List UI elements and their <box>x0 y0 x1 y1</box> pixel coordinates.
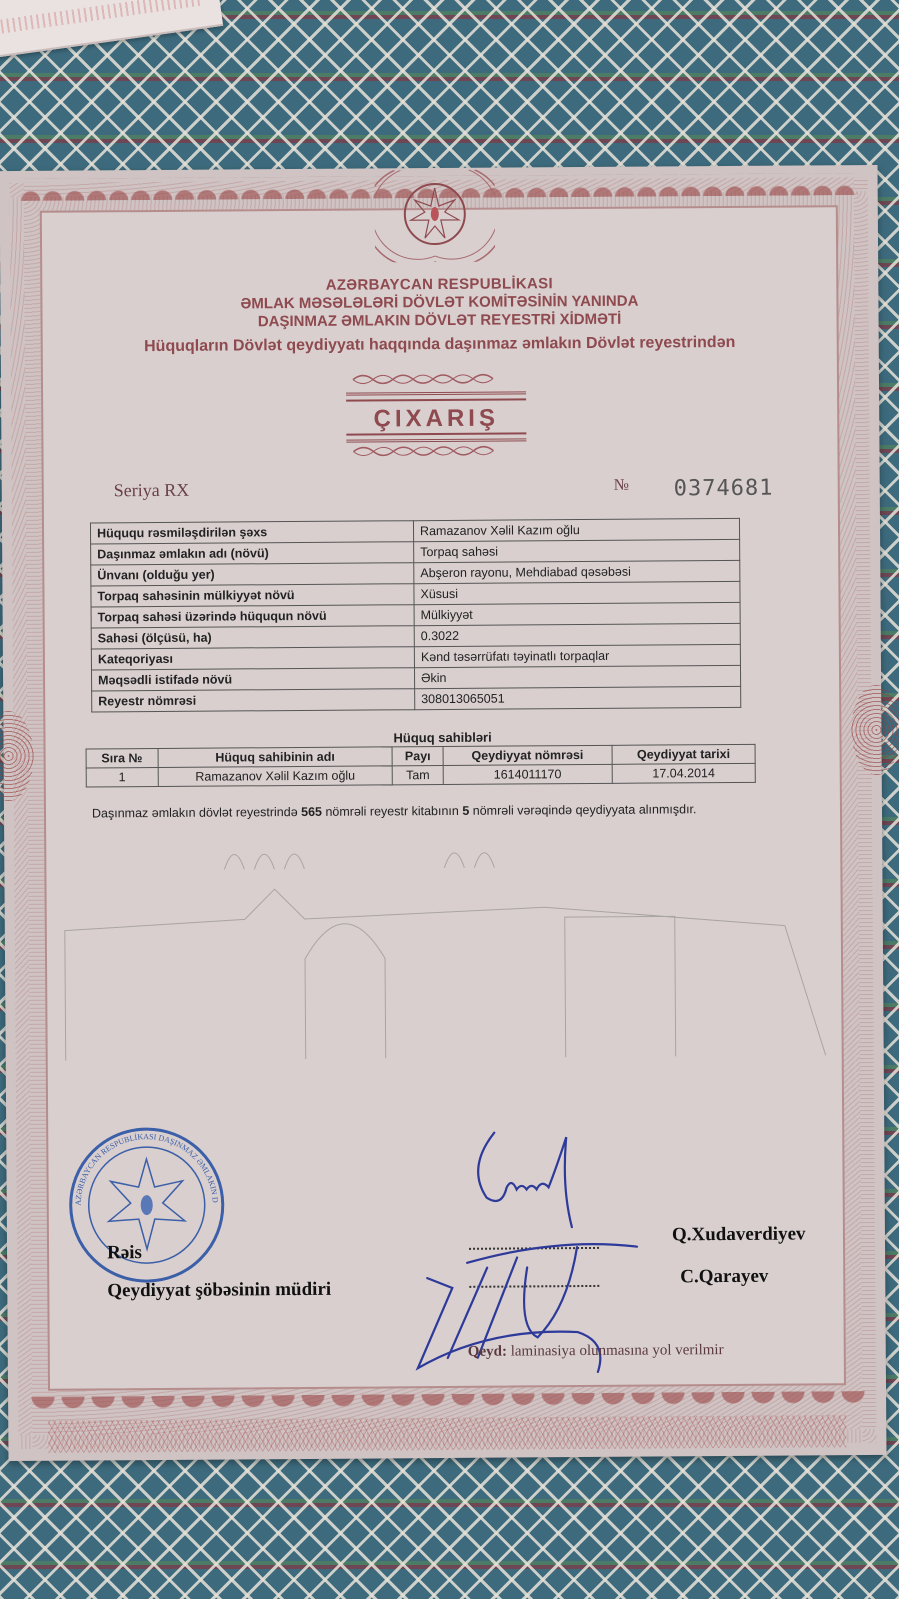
info-key: Torpaq sahəsi üzərində hüququn növü <box>91 605 414 628</box>
info-value: Torpaq sahəsi <box>414 539 740 562</box>
info-key: Daşınmaz əmlakın adı (növü) <box>91 542 414 565</box>
handwritten-signatures-icon <box>406 1127 648 1379</box>
holders-cell: Ramazanov Xəlil Kazım oğlu <box>158 766 393 787</box>
footer-note: Qeyd: laminasiya olunmasına yol verilmir <box>468 1342 724 1361</box>
document-title: ÇIXARIŞ <box>346 404 526 433</box>
holders-cell: 17.04.2014 <box>612 763 755 783</box>
holders-column-header: Qeydiyyat nömrəsi <box>443 745 612 765</box>
info-value: Əkin <box>414 665 740 688</box>
info-key: Sahəsi (ölçüsü, ha) <box>91 626 414 649</box>
info-row: Reyestr nömrəsi308013065051 <box>92 686 741 712</box>
info-value: Ramazanov Xəlil Kazım oğlu <box>413 518 739 541</box>
background-paper-corner <box>0 0 223 58</box>
number-sign: № <box>614 477 629 495</box>
info-key: Kateqoriyası <box>91 647 414 670</box>
holders-cell: Tam <box>393 765 444 784</box>
series-label: Seriya RX <box>114 480 190 502</box>
bottom-guilloche-band <box>48 1415 846 1453</box>
holders-cell: 1614011170 <box>443 764 612 784</box>
info-value: Abşeron rayonu, Mehdiabad qəsəbəsi <box>414 560 740 583</box>
holders-column-header: Payı <box>392 746 443 765</box>
book-number: 565 <box>301 805 322 819</box>
footer-note-text: laminasiya olunmasına yol verilmir <box>507 1342 724 1360</box>
holders-title: Hüquq sahibləri <box>393 730 491 746</box>
document-number: 0374681 <box>674 476 774 502</box>
ornament-bottom-icon <box>351 444 501 459</box>
head-label: Qeydiyyat şöbəsinin müdiri <box>107 1279 331 1303</box>
holders-cell: 1 <box>86 767 158 786</box>
state-emblem-icon <box>375 170 496 263</box>
holders-column-header: Hüquq sahibinin adı <box>158 747 393 768</box>
chief-name: Q.Xudaverdiyev <box>672 1223 806 1246</box>
fortress-watermark-icon <box>44 805 836 1071</box>
chief-label: Rəis <box>107 1242 142 1264</box>
holders-table: Sıra №Hüquq sahibinin adıPayıQeydiyyat n… <box>86 744 756 788</box>
info-key: Reyestr nömrəsi <box>92 689 415 712</box>
info-key: Hüququ rəsmiləşdirilən şəxs <box>90 521 413 544</box>
info-value: 0.3022 <box>414 623 740 646</box>
info-value: Mülkiyyət <box>414 602 740 625</box>
info-key: Torpaq sahəsinin mülkiyyət növü <box>91 584 414 607</box>
holders-row: 1Ramazanov Xəlil Kazım oğluTam1614011170… <box>86 763 755 787</box>
info-value: Kənd təsərrüfatı təyinatlı torpaqlar <box>414 644 740 667</box>
holders-column-header: Qeydiyyat tarixi <box>612 744 755 764</box>
title-frame: ÇIXARIŞ <box>346 391 526 442</box>
info-key: Məqsədli istifadə növü <box>91 668 414 691</box>
info-key: Ünvanı (olduğu yer) <box>91 563 414 586</box>
ornament-top-icon <box>351 372 501 387</box>
right-rosette <box>851 685 899 775</box>
certificate-sheet: AZƏRBAYCAN RESPUBLİKASI ƏMLAK MƏSƏLƏLƏRİ… <box>0 165 886 1461</box>
holders-column-header: Sıra № <box>86 748 158 767</box>
property-info-table: Hüququ rəsmiləşdirilən şəxsRamazanov Xəl… <box>90 518 741 713</box>
footer-note-label: Qeyd: <box>468 1344 507 1360</box>
info-value: Xüsusi <box>414 581 740 604</box>
official-stamp-icon: AZƏRBAYCAN RESPUBLİKASI DAŞINMAZ ƏMLAKIN… <box>56 1124 237 1285</box>
head-name: C.Qarayev <box>680 1266 768 1289</box>
info-value: 308013065051 <box>415 686 741 709</box>
